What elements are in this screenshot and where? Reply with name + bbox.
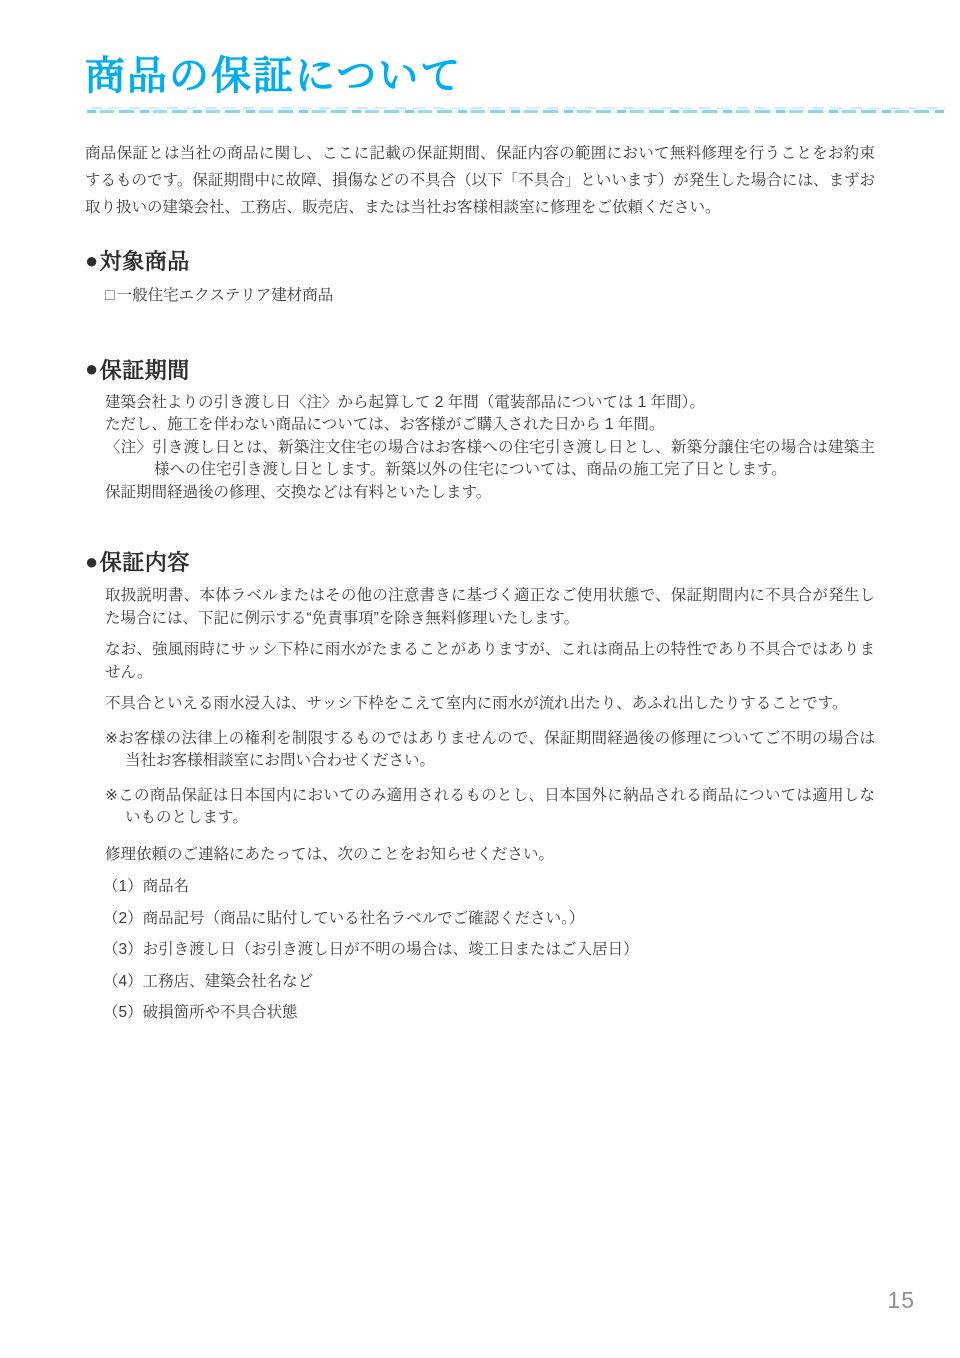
section-warranty-period: ● 保証期間 建築会社よりの引き渡し日〈注〉から起算して 2 年間（電装部品につ… — [85, 354, 875, 505]
section-target-title: 対象商品 — [100, 245, 190, 276]
section-warranty-content: ● 保証内容 取扱説明書、本体ラベルまたはその他の注意書きに基づく適正なご使用状… — [85, 546, 875, 1025]
repair-request-item: （3）お引き渡し日（お引き渡し日が不明の場合は、竣工日またはご入居日） — [103, 939, 875, 962]
page-title: 商品の保証について — [85, 52, 875, 100]
section-bullet-icon: ● — [85, 356, 99, 382]
section-bullet-icon: ● — [85, 549, 99, 575]
section-bullet-icon: ● — [85, 248, 99, 274]
content-paragraph-1: 取扱説明書、本体ラベルまたはその他の注意書きに基づく適正なご使用状態で、保証期間… — [105, 585, 875, 630]
content-note-2: ※この商品保証は日本国内においてのみ適用されるものとし、日本国外に納品される商品… — [105, 785, 875, 830]
repair-request-list: （1）商品名 （2）商品記号（商品に貼付している社名ラベルでご確認ください。） … — [103, 876, 875, 1025]
intro-paragraph: 商品保証とは当社の商品に関し、ここに記載の保証期間、保証内容の範囲において無料修… — [85, 140, 875, 221]
period-line-3: 保証期間経過後の修理、交換などは有料といたします。 — [105, 482, 875, 505]
repair-request-intro: 修理依頼のご連絡にあたっては、次のことをお知らせください。 — [105, 844, 875, 867]
section-content-heading: ● 保証内容 — [85, 546, 875, 577]
content-note-1: ※お客様の法律上の権利を制限するものではありませんので、保証期間経過後の修理につ… — [105, 728, 875, 773]
title-underline-decoration — [87, 107, 945, 113]
section-target-heading: ● 対象商品 — [85, 245, 875, 276]
period-line-2: ただし、施工を伴わない商品については、お客様がご購入された日から 1 年間。 — [105, 414, 875, 437]
repair-request-item: （2）商品記号（商品に貼付している社名ラベルでご確認ください。） — [103, 908, 875, 931]
target-product-item: □ 一般住宅エクステリア建材商品 — [105, 285, 875, 308]
repair-request-item: （5）破損箇所や不具合状態 — [103, 1002, 875, 1025]
page-number: 15 — [887, 1287, 915, 1314]
page-content: 商品の保証について 商品保証とは当社の商品に関し、ここに記載の保証期間、保証内容… — [0, 0, 960, 1025]
period-line-1: 建築会社よりの引き渡し日〈注〉から起算して 2 年間（電装部品については 1 年… — [105, 392, 875, 415]
warranty-document-page: 商品の保証について 商品保証とは当社の商品に関し、ここに記載の保証期間、保証内容… — [0, 0, 960, 1358]
checkbox-icon: □ — [105, 285, 115, 308]
section-target-products: ● 対象商品 □ 一般住宅エクステリア建材商品 — [85, 245, 875, 308]
section-period-title: 保証期間 — [100, 354, 190, 385]
content-paragraph-3: 不具合といえる雨水浸入は、サッシ下枠をこえて室内に雨水が流れ出たり、あふれ出した… — [105, 693, 875, 716]
section-content-title: 保証内容 — [100, 546, 190, 577]
target-product-label: 一般住宅エクステリア建材商品 — [117, 285, 334, 308]
repair-request-item: （4）工務店、建築会社名など — [103, 971, 875, 994]
content-paragraph-2: なお、強風雨時にサッシ下枠に雨水がたまることがありますが、これは商品上の特性であ… — [105, 639, 875, 684]
section-period-heading: ● 保証期間 — [85, 354, 875, 385]
period-note: 〈注〉引き渡し日とは、新築注文住宅の場合はお客様への住宅引き渡し日とし、新築分譲… — [105, 437, 875, 482]
repair-request-item: （1）商品名 — [103, 876, 875, 899]
warranty-period-text: 建築会社よりの引き渡し日〈注〉から起算して 2 年間（電装部品については 1 年… — [105, 392, 875, 505]
page-header: 商品の保証について — [85, 52, 875, 113]
